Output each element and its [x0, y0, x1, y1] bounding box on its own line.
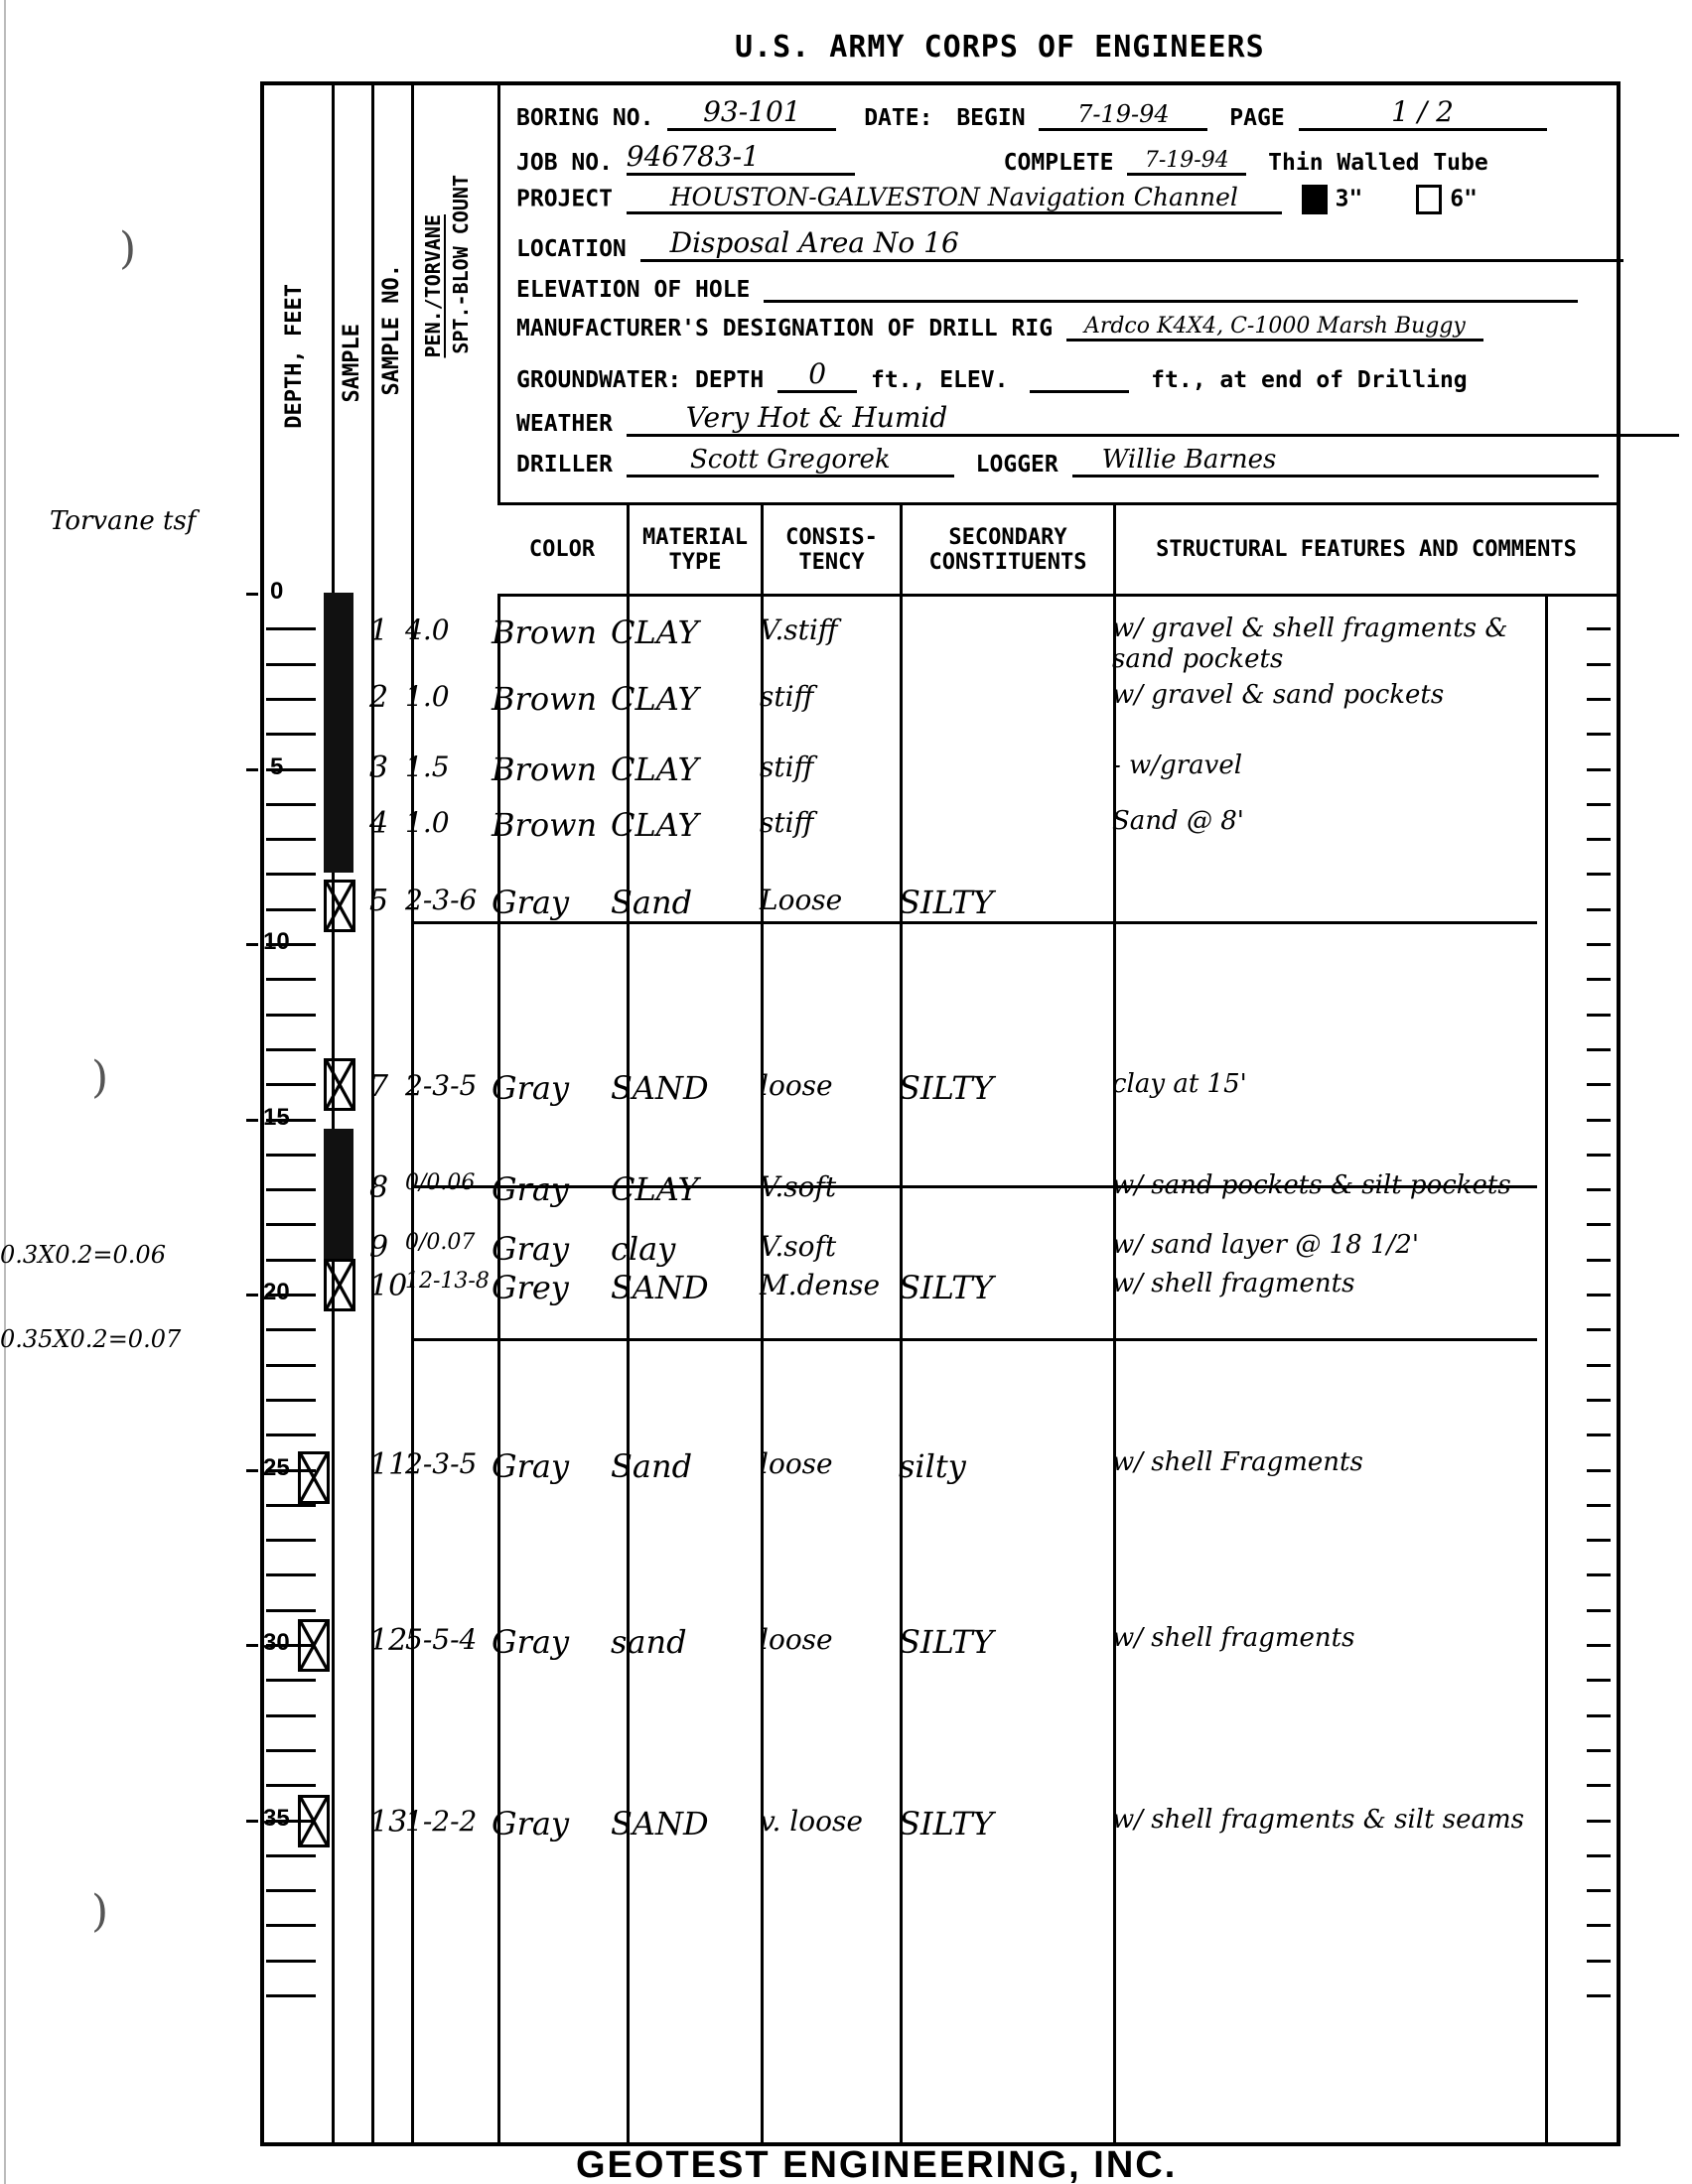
scale-tick — [1587, 768, 1611, 771]
boring-no-label: BORING NO. — [516, 105, 653, 131]
spt-sample-box — [298, 1795, 330, 1847]
project-row: PROJECT HOUSTON-GALVESTON Navigation Cha… — [516, 183, 1607, 214]
material-type: clay — [611, 1230, 675, 1268]
depth-label: 5 — [270, 753, 283, 781]
sample-no: 7 — [369, 1069, 388, 1104]
scale-tick — [1587, 1854, 1611, 1857]
rig-value: Ardco K4X4, C-1000 Marsh Buggy — [1066, 314, 1483, 341]
scan-artifact: ) — [119, 223, 136, 274]
depth-grid-line — [266, 1188, 316, 1191]
soil-color: Gray — [492, 1230, 569, 1268]
soil-color: Gray — [492, 1447, 569, 1485]
secondary-constituent: SILTY — [899, 1069, 994, 1107]
depth-grid-line — [266, 1714, 316, 1717]
col-header-consistency: CONSIS-TENCY — [761, 502, 900, 597]
scale-tick — [1587, 1259, 1611, 1262]
secondary-constituent: SILTY — [899, 884, 994, 921]
depth-grid-line — [266, 1924, 316, 1927]
scale-tick — [1587, 908, 1611, 911]
material-type: CLAY — [611, 614, 699, 651]
page-value: 1 / 2 — [1299, 95, 1547, 131]
tube-3in-checkbox[interactable] — [1302, 185, 1328, 214]
complete-date-value: 7-19-94 — [1127, 148, 1246, 176]
scale-tick — [1587, 1924, 1611, 1927]
groundwater-label: GROUNDWATER: DEPTH — [516, 367, 764, 393]
scale-tick — [1587, 803, 1611, 806]
depth-grid-line — [266, 627, 316, 630]
structural-comment: w/ gravel & shell fragments & sand pocke… — [1112, 614, 1549, 675]
scale-tick — [1587, 1154, 1611, 1157]
sample-no: 9 — [369, 1230, 388, 1265]
driller-row: DRILLER Scott Gregorek LOGGER Willie Bar… — [516, 445, 1607, 478]
depth-grid-line — [266, 1364, 316, 1367]
consistency: V.soft — [760, 1170, 836, 1203]
scale-tick — [1587, 1784, 1611, 1787]
depth-grid-line — [266, 1433, 316, 1436]
material-type: sand — [611, 1623, 687, 1661]
tube-label: Thin Walled Tube — [1268, 150, 1488, 176]
depth-label: 35 — [263, 1805, 290, 1833]
scale-tick — [1587, 1573, 1611, 1576]
depth-grid-line — [266, 803, 316, 806]
depth-tick — [246, 943, 258, 946]
spt-sample-box — [324, 1058, 355, 1111]
consistency: V.soft — [760, 1230, 836, 1263]
depth-label: 25 — [263, 1454, 290, 1482]
depth-grid-line — [266, 1573, 316, 1576]
col-header-depth: DEPTH, FEET — [282, 284, 307, 429]
pen-torvane-value: 2-3-5 — [405, 1447, 477, 1480]
logger-value: Willie Barnes — [1072, 445, 1599, 478]
date-label: DATE: — [864, 105, 932, 131]
project-label: PROJECT — [516, 187, 613, 212]
structural-comment: w/ shell fragments — [1112, 1269, 1549, 1299]
depth-grid-line — [266, 1048, 316, 1051]
x-mark-icon — [301, 1454, 327, 1501]
col-divider — [900, 597, 903, 2142]
pen-torvane-value: 4.0 — [405, 614, 450, 646]
company-footer: GEOTEST ENGINEERING, INC. — [576, 2144, 1177, 2184]
page-label: PAGE — [1229, 105, 1284, 131]
consistency: M.dense — [760, 1269, 880, 1301]
scale-tick — [1587, 1083, 1611, 1086]
secondary-constituent: SILTY — [899, 1623, 994, 1661]
pen-torvane-value: 0/0.07 — [405, 1230, 475, 1255]
scale-tick — [1587, 733, 1611, 736]
spt-sample-box — [324, 880, 355, 932]
job-no-value: 946783-1 — [627, 140, 855, 176]
project-value: HOUSTON-GALVESTON Navigation Channel — [627, 183, 1282, 214]
pen-torvane-value: 1.0 — [405, 680, 450, 713]
scale-tick — [1587, 873, 1611, 876]
depth-tick — [246, 1294, 258, 1297]
tube-sample-bar — [324, 593, 353, 873]
sample-no: 2 — [369, 680, 388, 715]
scale-tick — [1587, 1504, 1611, 1507]
elevation-row: ELEVATION OF HOLE — [516, 270, 1607, 303]
scale-tick — [1587, 1048, 1611, 1051]
job-row: JOB NO. 946783-1 COMPLETE 7-19-94 Thin W… — [516, 140, 1607, 176]
scale-tick — [1587, 1188, 1611, 1191]
scan-artifact: ) — [91, 1052, 108, 1103]
depth-label: 20 — [263, 1279, 290, 1306]
col-header-sample: SAMPLE — [340, 324, 364, 402]
col-header-pen-torvane: PEN./TORVANE — [421, 214, 445, 358]
soil-color: Brown — [492, 751, 597, 788]
begin-date-value: 7-19-94 — [1039, 100, 1207, 131]
x-mark-icon — [327, 1061, 352, 1108]
depth-grid-line — [266, 838, 316, 841]
pen-torvane-value: 12-13-8 — [405, 1269, 490, 1294]
torvane-note: Torvane tsf — [50, 506, 196, 536]
scale-tick — [1587, 1433, 1611, 1436]
soil-color: Gray — [492, 1170, 569, 1208]
sample-no: 10 — [369, 1269, 407, 1303]
complete-label: COMPLETE — [1004, 150, 1114, 176]
scale-tick — [1587, 698, 1611, 701]
tube-3in-label: 3" — [1336, 187, 1363, 212]
col-header-spt-blow: SPT.-BLOW COUNT — [449, 175, 473, 354]
scale-tick — [1587, 1820, 1611, 1823]
scale-tick — [1587, 1294, 1611, 1297]
material-type: CLAY — [611, 751, 699, 788]
depth-grid-line — [266, 978, 316, 981]
depth-grid-line — [266, 1294, 316, 1297]
depth-grid-line — [266, 943, 316, 946]
soil-color: Brown — [492, 680, 597, 718]
scale-tick — [1587, 627, 1611, 630]
depth-grid-line — [266, 768, 316, 771]
material-type: Sand — [611, 1447, 692, 1485]
logger-label: LOGGER — [976, 452, 1058, 478]
soil-color: Gray — [492, 1069, 569, 1107]
groundwater-depth-value: 0 — [777, 357, 857, 393]
depth-grid-line — [266, 1399, 316, 1402]
structural-comment: clay at 15' — [1112, 1069, 1549, 1100]
sample-no: 4 — [369, 806, 388, 841]
depth-tick — [246, 593, 258, 596]
depth-grid-line — [266, 1889, 316, 1892]
tube-6in-label: 6" — [1450, 187, 1478, 212]
pen-torvane-value: 5-5-4 — [405, 1623, 477, 1656]
scale-tick — [1587, 1994, 1611, 1997]
depth-tick — [246, 1119, 258, 1122]
sample-no: 1 — [369, 614, 388, 648]
scale-tick — [1587, 1609, 1611, 1612]
scale-tick — [1587, 1328, 1611, 1331]
soil-color: Grey — [492, 1269, 569, 1306]
x-mark-icon — [327, 1262, 352, 1308]
material-type: CLAY — [611, 806, 699, 844]
scale-tick — [1587, 1223, 1611, 1226]
depth-grid-line — [266, 1223, 316, 1226]
secondary-constituent: SILTY — [899, 1805, 994, 1843]
agency-title: U.S. ARMY CORPS OF ENGINEERS — [735, 30, 1265, 65]
scale-tick — [1587, 1960, 1611, 1963]
pen-torvane-value: 0/0.06 — [405, 1170, 475, 1195]
soil-color: Brown — [492, 806, 597, 844]
sample-no: 12 — [369, 1623, 407, 1658]
consistency: loose — [760, 1447, 833, 1480]
tube-sample-bar — [324, 1129, 353, 1259]
depth-grid-line — [266, 1784, 316, 1787]
structural-comment: - w/gravel — [1112, 751, 1549, 781]
scan-artifact: ) — [91, 1886, 108, 1937]
consistency: stiff — [760, 806, 813, 839]
depth-grid-line — [266, 908, 316, 911]
soil-color: Gray — [492, 1623, 569, 1661]
sample-no: 8 — [369, 1170, 388, 1205]
depth-tick — [246, 1469, 258, 1472]
depth-grid-line — [266, 1679, 316, 1682]
scale-tick — [1587, 1714, 1611, 1717]
col-header-material: MATERIAL TYPE — [627, 502, 761, 597]
depth-tick — [246, 768, 258, 771]
ft-elev-label: ft., ELEV. — [871, 367, 1008, 393]
scale-tick — [1587, 943, 1611, 946]
structural-comment: w/ shell Fragments — [1112, 1447, 1549, 1478]
depth-grid-line — [266, 1749, 316, 1752]
torvane-calc-2: 0.35X0.2=0.07 — [0, 1325, 181, 1353]
pen-torvane-value: 2-3-5 — [405, 1069, 477, 1102]
col-header-sample-no: SAMPLE NO. — [379, 264, 404, 395]
sample-no: 3 — [369, 751, 388, 785]
material-type: CLAY — [611, 680, 699, 718]
pen-torvane-value: 1-2-2 — [405, 1805, 477, 1838]
structural-comment: w/ shell fragments — [1112, 1623, 1549, 1654]
depth-grid-line — [266, 1854, 316, 1857]
pen-torvane-value: 1.5 — [405, 751, 450, 783]
groundwater-elev-value — [1030, 362, 1129, 393]
x-mark-icon — [327, 883, 352, 929]
col-header-secondary: SECONDARY CONSTITUENTS — [900, 502, 1113, 597]
structural-comment: w/ gravel & sand pockets — [1112, 680, 1549, 711]
depth-tick — [246, 1820, 258, 1823]
x-mark-icon — [301, 1622, 327, 1669]
secondary-constituent: silty — [899, 1447, 966, 1485]
job-no-label: JOB NO. — [516, 150, 613, 176]
scale-tick — [1587, 1399, 1611, 1402]
location-value: Disposal Area No 16 — [640, 226, 1623, 262]
rig-row: MANUFACTURER'S DESIGNATION OF DRILL RIG … — [516, 314, 1607, 341]
scale-tick — [1587, 1014, 1611, 1017]
depth-grid-line — [266, 698, 316, 701]
begin-label: BEGIN — [956, 105, 1025, 131]
depth-label: 0 — [270, 578, 283, 606]
consistency: stiff — [760, 680, 813, 713]
structural-comment: w/ sand layer @ 18 1/2' — [1112, 1230, 1549, 1261]
pen-torvane-value: 2-3-6 — [405, 884, 477, 916]
depth-grid-line — [266, 663, 316, 666]
boring-row: BORING NO. 93-101 DATE: BEGIN 7-19-94 PA… — [516, 95, 1607, 131]
material-type: SAND — [611, 1269, 709, 1306]
scale-tick — [1587, 978, 1611, 981]
secondary-constituent: SILTY — [899, 1269, 994, 1306]
structural-comment: w/ sand pockets & silt pockets — [1112, 1170, 1549, 1201]
scale-tick — [1587, 1119, 1611, 1122]
consistency: v. loose — [760, 1805, 863, 1838]
elevation-value — [764, 270, 1578, 303]
elevation-label: ELEVATION OF HOLE — [516, 277, 750, 303]
tube-6in-checkbox[interactable] — [1416, 185, 1442, 214]
scale-tick — [1587, 1469, 1611, 1472]
end-of-drilling-label: ft., at end of Drilling — [1151, 367, 1468, 393]
groundwater-row: GROUNDWATER: DEPTH 0 ft., ELEV. ft., at … — [516, 357, 1607, 393]
depth-grid-line — [266, 1259, 316, 1262]
stratum-boundary — [411, 921, 1537, 924]
depth-label: 30 — [263, 1629, 290, 1657]
depth-grid-line — [266, 1119, 316, 1122]
weather-row: WEATHER Very Hot & Humid — [516, 401, 1607, 437]
material-type: Sand — [611, 884, 692, 921]
boring-info: BORING NO. 93-101 DATE: BEGIN 7-19-94 PA… — [497, 85, 1617, 502]
material-type: SAND — [611, 1805, 709, 1843]
material-type: CLAY — [611, 1170, 699, 1208]
driller-label: DRILLER — [516, 452, 613, 478]
depth-grid-line — [266, 873, 316, 876]
boring-no-value: 93-101 — [667, 95, 836, 131]
structural-comment: w/ shell fragments & silt seams — [1112, 1805, 1549, 1836]
depth-grid-line — [266, 1328, 316, 1331]
scale-tick — [1587, 1749, 1611, 1752]
soil-color: Gray — [492, 884, 569, 921]
driller-value: Scott Gregorek — [627, 445, 954, 478]
col-header-color: COLOR — [497, 502, 627, 597]
material-type: SAND — [611, 1069, 709, 1107]
depth-grid-line — [266, 1014, 316, 1017]
consistency: V.stiff — [760, 614, 838, 646]
pen-torvane-value: 1.0 — [405, 806, 450, 839]
sample-no: 13 — [369, 1805, 407, 1840]
col-header-structural: STRUCTURAL FEATURES AND COMMENTS — [1113, 502, 1617, 597]
depth-label: 10 — [263, 928, 290, 956]
depth-tick — [246, 1644, 258, 1647]
scale-tick — [1587, 1364, 1611, 1367]
stratum-boundary — [411, 1338, 1537, 1341]
consistency: Loose — [760, 884, 842, 916]
depth-label: 15 — [263, 1104, 290, 1132]
depth-grid-line — [266, 733, 316, 736]
depth-grid-line — [266, 1154, 316, 1157]
structural-comment: Sand @ 8' — [1112, 806, 1549, 837]
depth-grid-line — [266, 1960, 316, 1963]
spt-sample-box — [298, 1451, 330, 1504]
spt-sample-box — [298, 1619, 330, 1672]
consistency: stiff — [760, 751, 813, 783]
sample-no: 11 — [369, 1447, 407, 1482]
col-divider — [332, 85, 335, 2142]
rig-label: MANUFACTURER'S DESIGNATION OF DRILL RIG — [516, 316, 1053, 341]
scan-edge — [4, 0, 6, 2184]
soil-color: Gray — [492, 1805, 569, 1843]
torvane-calc-1: 0.3X0.2=0.06 — [0, 1241, 166, 1269]
depth-grid-line — [266, 1994, 316, 1997]
consistency: loose — [760, 1623, 833, 1656]
sample-no: 5 — [369, 884, 388, 918]
depth-grid-line — [266, 1083, 316, 1086]
scale-tick — [1587, 1539, 1611, 1542]
scale-tick — [1587, 1644, 1611, 1647]
scale-tick — [1587, 1889, 1611, 1892]
soil-color: Brown — [492, 614, 597, 651]
x-mark-icon — [301, 1798, 327, 1844]
location-row: LOCATION Disposal Area No 16 — [516, 226, 1607, 262]
depth-grid-line — [266, 1539, 316, 1542]
scale-tick — [1587, 838, 1611, 841]
spt-sample-box — [324, 1259, 355, 1311]
location-label: LOCATION — [516, 236, 627, 262]
consistency: loose — [760, 1069, 833, 1102]
scale-tick — [1587, 1679, 1611, 1682]
depth-grid-line — [266, 1504, 316, 1507]
scale-tick — [1587, 663, 1611, 666]
weather-value: Very Hot & Humid — [627, 401, 1679, 437]
depth-grid-line — [266, 1609, 316, 1612]
weather-label: WEATHER — [516, 411, 613, 437]
